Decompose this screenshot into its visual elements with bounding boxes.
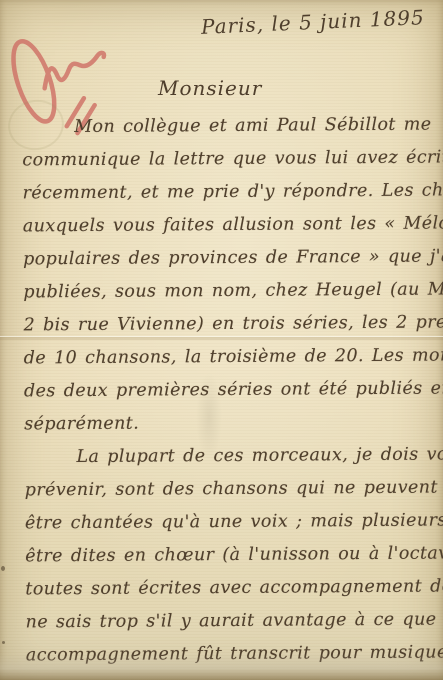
paper-speck xyxy=(1,566,5,571)
letter-line: publiées, sous mon nom, chez Heugel (au … xyxy=(23,274,426,310)
letter-line: accompagnement fût transcrit pour musiqu… xyxy=(26,637,429,673)
letter-line: toutes sont écrites avec accompagnement … xyxy=(25,571,428,607)
letter-line: auxquels vous faites allusion sont les «… xyxy=(23,208,426,244)
letter-line: être chantées qu'à une voix ; mais plusi… xyxy=(25,505,428,541)
letter-line: La plupart de ces morceaux, je dois vous… xyxy=(24,439,427,475)
letter-line: 2 bis rue Vivienne) en trois séries, les… xyxy=(23,307,426,343)
letter-line: populaires des provinces de France » que… xyxy=(23,241,426,277)
salutation: Monsieur xyxy=(158,76,262,100)
letter-line: Mon collègue et ami Paul Sébillot me xyxy=(22,109,425,145)
paper-speck xyxy=(2,641,5,644)
dateline: Paris, le 5 juin 1895 xyxy=(201,5,426,39)
letter-line: récemment, et me prie d'y répondre. Les … xyxy=(23,175,426,211)
letter-line: de 10 chansons, la troisième de 20. Les … xyxy=(24,340,427,376)
letter-page: Paris, le 5 juin 1895 Monsieur Mon collè… xyxy=(0,0,443,680)
letter-body: Mon collègue et ami Paul Sébillot me com… xyxy=(22,109,429,673)
letter-line: des deux premières séries ont été publié… xyxy=(24,373,427,409)
letter-line: prévenir, sont des chansons qui ne peuve… xyxy=(25,472,428,508)
letter-line: être dites en chœur (à l'unisson ou à l'… xyxy=(25,538,428,574)
letter-line: ne sais trop s'il y aurait avantage à ce… xyxy=(26,604,429,640)
letter-line: communique la lettre que vous lui avez é… xyxy=(22,142,425,178)
letter-line: séparément. xyxy=(24,406,427,442)
